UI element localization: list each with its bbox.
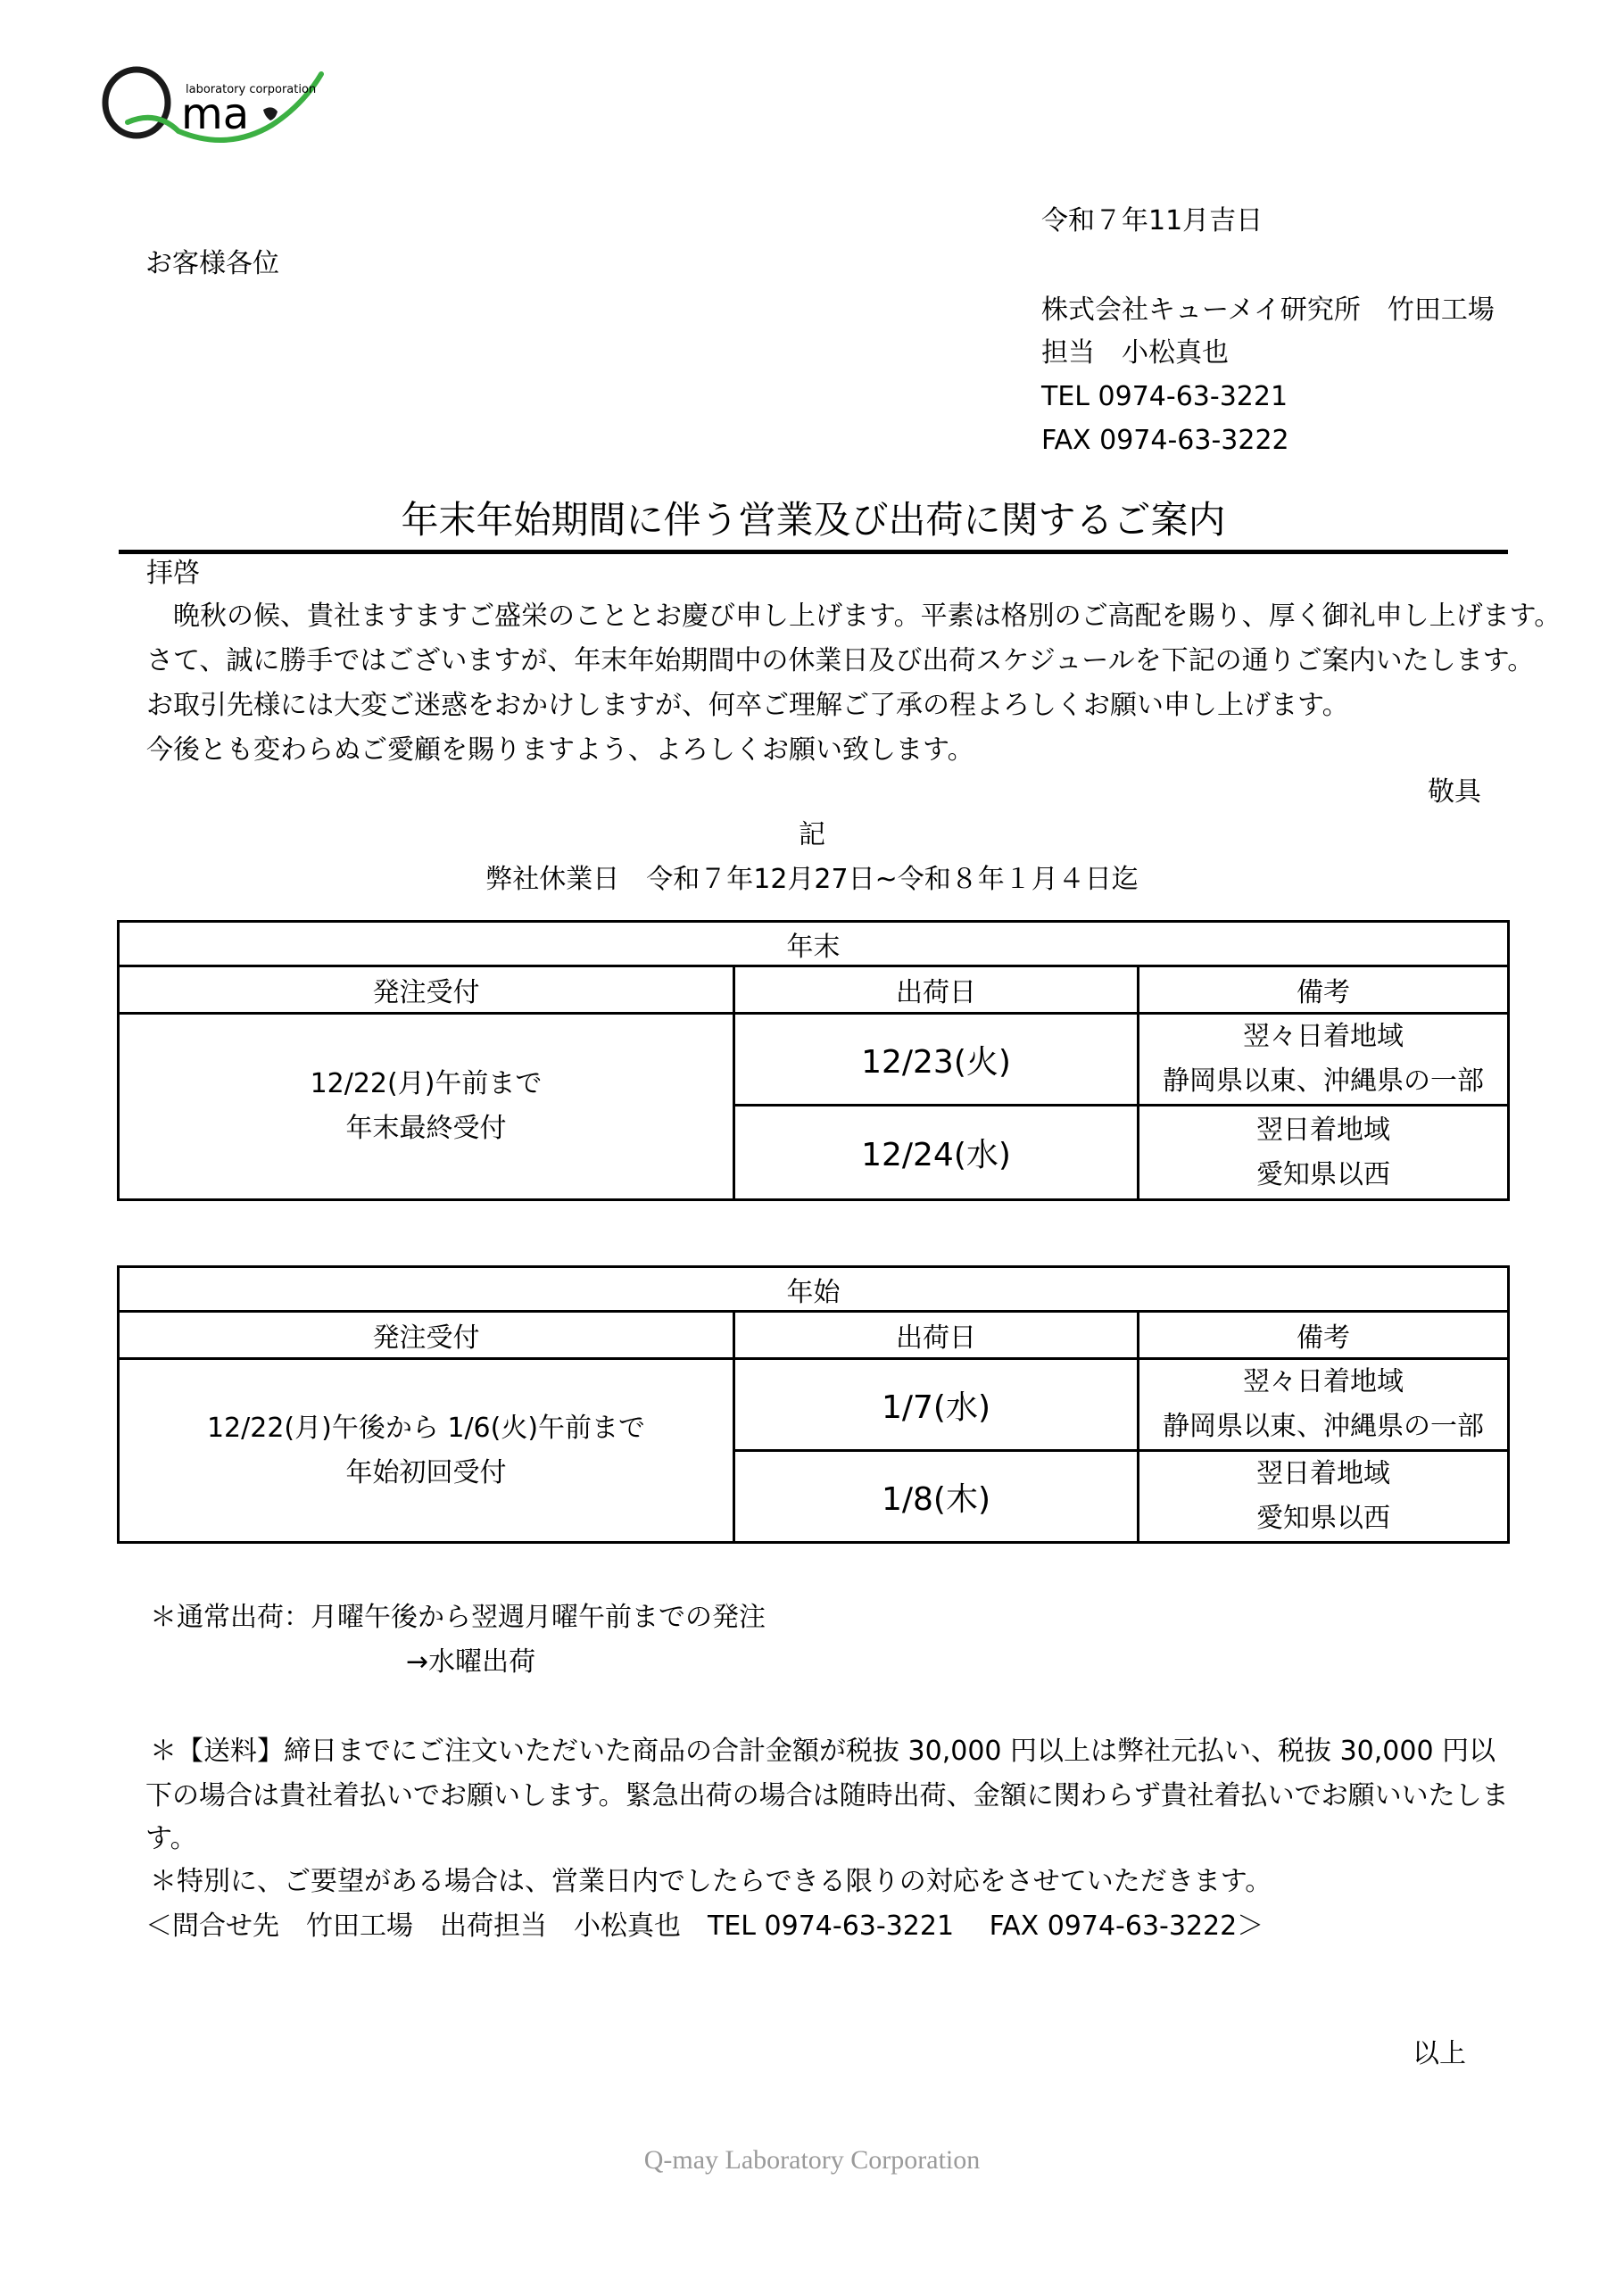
issue-date: 令和７年11月吉日	[1041, 205, 1263, 237]
note-line: 静岡県以東、沖縄県の一部	[1139, 1405, 1507, 1449]
note-line: 愛知県以西	[1139, 1496, 1507, 1541]
column-header-ship-date: 出荷日	[734, 966, 1139, 1014]
sender-person: 担当 小松真也	[1041, 337, 1229, 369]
table-title: 年末	[119, 922, 1509, 966]
title-underline	[119, 550, 1508, 554]
note-shipping-fee-line: 下の場合は貴社着払いでお願いします。緊急出荷の場合は随時出荷、金額に関わらず貴社…	[145, 1774, 1509, 1819]
sender-fax: FAX 0974-63-3222	[1041, 425, 1289, 457]
sender-tel: TEL 0974-63-3221	[1041, 381, 1288, 413]
holiday-period: 弊社休業日 令和７年12月27日~令和８年１月４日迄	[0, 864, 1624, 896]
recipient: お客様各位	[145, 248, 279, 280]
note-special-requests: ＊特別に、ご要望がある場合は、営業日内でしたらできる限りの対応をさせていただきま…	[150, 1860, 1272, 1904]
notes-cell: 翌々日着地域 静岡県以東、沖縄県の一部	[1139, 1014, 1509, 1106]
ship-date-cell: 1/8(木)	[734, 1451, 1139, 1543]
column-header-ship-date: 出荷日	[734, 1312, 1139, 1359]
column-header-order: 発注受付	[119, 966, 734, 1014]
order-line: 年始初回受付	[120, 1451, 733, 1496]
ship-date-cell: 12/23(火)	[734, 1014, 1139, 1106]
sender-company: 株式会社キューメイ研究所 竹田工場	[1041, 294, 1495, 327]
body-line: さて、誠に勝手ではございますが、年末年始期間中の休業日及び出荷スケジュールを下記…	[146, 639, 1534, 684]
column-header-notes: 備考	[1139, 1312, 1509, 1359]
note-line: 翌々日着地域	[1139, 1360, 1507, 1405]
body-line: お取引先様には大変ご迷惑をおかけしますが、何卒ご理解ご了承の程よろしくお願い申し…	[146, 684, 1349, 728]
body-line: 今後とも変わらぬご愛顧を賜りますよう、よろしくお願い致します。	[146, 728, 974, 773]
note-line: 愛知県以西	[1139, 1153, 1507, 1198]
document-title: 年末年始期間に伴う営業及び出荷に関するご案内	[119, 495, 1508, 545]
signoff: 以上	[1413, 2038, 1466, 2070]
ship-date-cell: 1/7(水)	[734, 1359, 1139, 1451]
order-line: 年末最終受付	[120, 1107, 733, 1151]
note-line: 翌日着地域	[1139, 1108, 1507, 1153]
note-line: 静岡県以東、沖縄県の一部	[1139, 1059, 1507, 1104]
note-normal-shipping-result: →水曜出荷	[406, 1640, 535, 1685]
table-title: 年始	[119, 1267, 1509, 1312]
year-end-schedule-table: 年末 発注受付 出荷日 備考 12/22(月)午前まで 年末最終受付 12/23…	[117, 920, 1510, 1201]
column-header-notes: 備考	[1139, 966, 1509, 1014]
note-normal-shipping: ＊通常出荷：月曜午後から翌週月曜午前までの発注	[150, 1596, 766, 1640]
order-deadline-cell: 12/22(月)午前まで 年末最終受付	[119, 1014, 734, 1200]
notes-cell: 翌日着地域 愛知県以西	[1139, 1451, 1509, 1543]
note-shipping-fee-line: ＊【送料】締日までにご注文いただいた商品の合計金額が税抜 30,000 円以上は…	[150, 1729, 1496, 1774]
new-year-schedule-table: 年始 発注受付 出荷日 備考 12/22(月)午後から 1/6(火)午前まで 年…	[117, 1265, 1510, 1544]
salutation-closing: 敬具	[1428, 776, 1481, 808]
order-line: 12/22(月)午前まで	[120, 1062, 733, 1107]
note-shipping-fee-line: す。	[145, 1817, 197, 1861]
logo-wordmark: ma	[181, 92, 249, 137]
salutation-opening: 拝啓	[146, 551, 200, 596]
contact-info: ＜問合せ先 竹田工場 出荷担当 小松真也 TEL 0974-63-3221 FA…	[145, 1904, 1264, 1949]
note-line: 翌日着地域	[1139, 1452, 1507, 1496]
notes-cell: 翌日着地域 愛知県以西	[1139, 1106, 1509, 1200]
order-window-cell: 12/22(月)午後から 1/6(火)午前まで 年始初回受付	[119, 1359, 734, 1543]
notes-cell: 翌々日着地域 静岡県以東、沖縄県の一部	[1139, 1359, 1509, 1451]
company-logo: laboratory corporation ma	[94, 58, 335, 156]
ship-date-cell: 12/24(水)	[734, 1106, 1139, 1200]
footer-company-name: Q-may Laboratory Corporation	[0, 2145, 1624, 2176]
order-line: 12/22(月)午後から 1/6(火)午前まで	[120, 1406, 733, 1451]
column-header-order: 発注受付	[119, 1312, 734, 1359]
body-line: 晩秋の候、貴社ますますご盛栄のこととお慶び申し上げます。平素は格別のご高配を賜り…	[146, 594, 1561, 639]
note-line: 翌々日着地域	[1139, 1015, 1507, 1059]
ki-marker: 記	[0, 819, 1624, 851]
